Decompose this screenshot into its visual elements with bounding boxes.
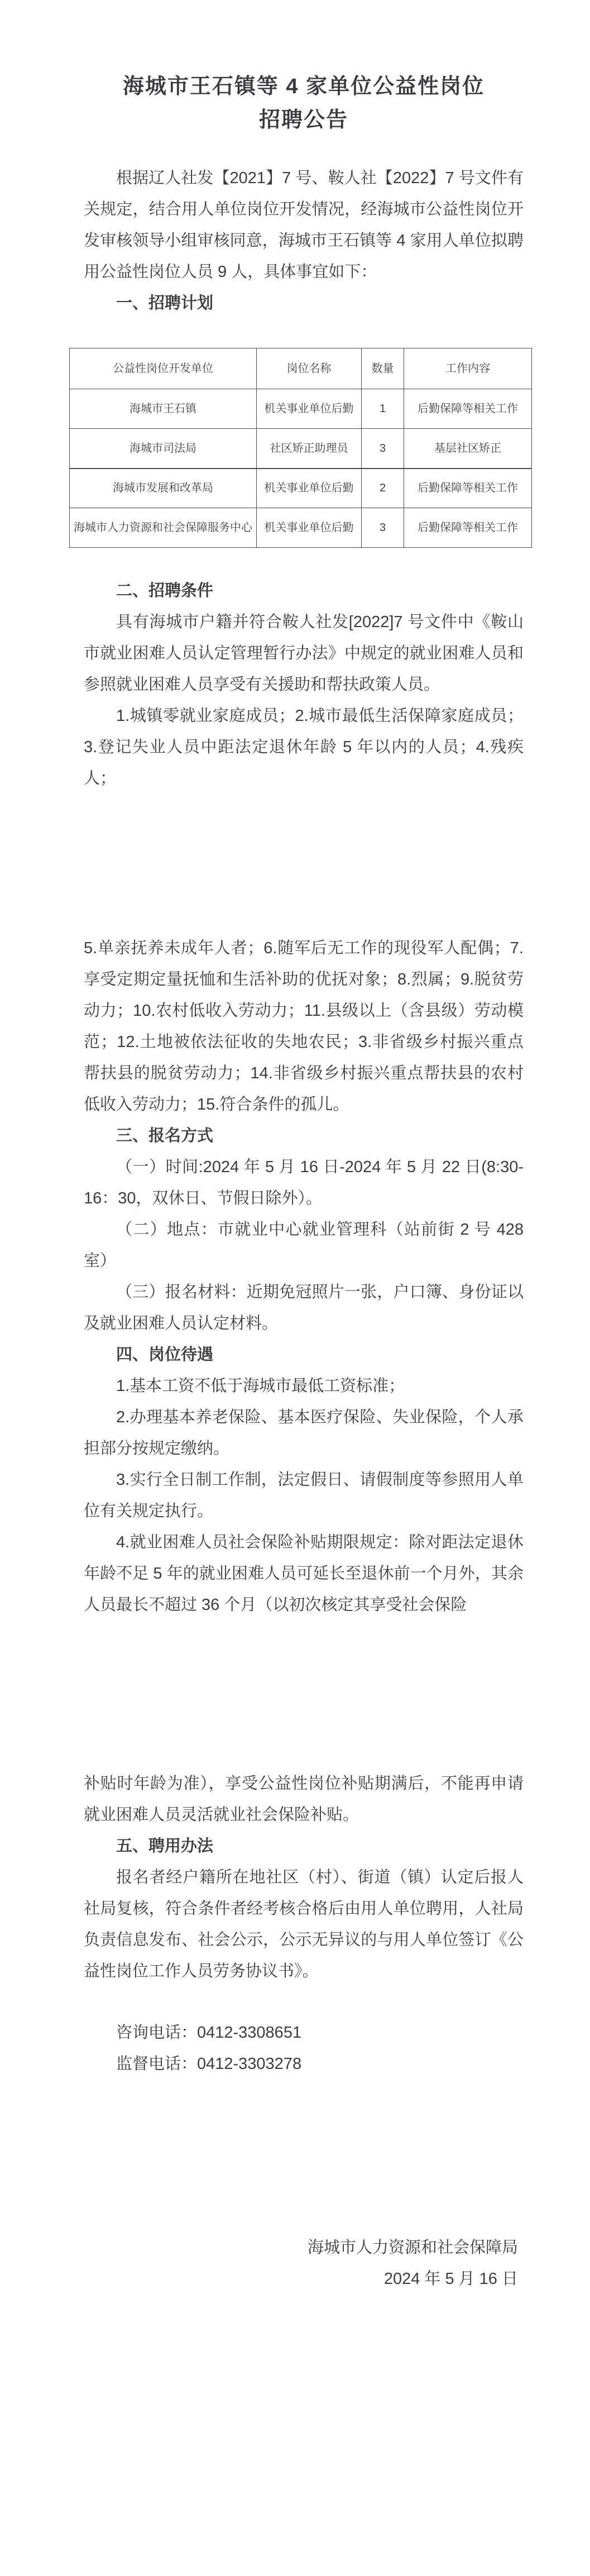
cell-count: 3 — [362, 429, 404, 469]
section4-item-4: 4.就业困难人员社会保险补贴期限规定：除对距法定退休年龄不足 5 年的就业困难人… — [84, 1527, 524, 1621]
column-header-unit: 公益性岗位开发单位 — [70, 348, 257, 389]
supervise-phone-line: 监督电话：0412-3303278 — [84, 2048, 524, 2080]
section5-paragraph-1: 报名者经户籍所在地社区（村）、街道（镇）认定后报人社局复核，符合条件者经考核合格… — [84, 1862, 524, 1987]
cell-post: 社区矫正助理员 — [257, 429, 362, 469]
page-title-line-2: 招聘公告 — [84, 103, 524, 137]
page-gap — [84, 2080, 524, 2232]
cell-duty: 后勤保障等相关工作 — [404, 469, 532, 508]
section2-heading: 二、招聘条件 — [84, 575, 524, 606]
column-header-duty: 工作内容 — [404, 348, 532, 389]
section2-paragraph-2-continued: 5.单亲抚养未成年人者；6.随军后无工作的现役军人配偶；7.享受定期定量抚恤和生… — [84, 933, 524, 1120]
cell-duty: 后勤保障等相关工作 — [404, 389, 532, 429]
section3-paragraph-1: （一）时间:2024 年 5 月 16 日-2024 年 5 月 22 日(8:… — [84, 1151, 524, 1214]
consult-phone-line: 咨询电话：0412-3308651 — [84, 2017, 524, 2048]
page-title-line-1: 海城市王石镇等 4 家单位公益性岗位 — [84, 70, 524, 103]
table-header-row: 公益性岗位开发单位 岗位名称 数量 工作内容 — [70, 348, 532, 389]
footer-issuer: 海城市人力资源和社会保障局 — [84, 2232, 524, 2263]
section4-item-4-continued: 补贴时年龄为准），享受公益性岗位补贴期满后，不能再申请就业困难人员灵活就业社会保… — [84, 1768, 524, 1831]
section4-item-1: 1.基本工资不低于海城市最低工资标准； — [84, 1370, 524, 1402]
cell-count: 3 — [362, 508, 404, 548]
recruitment-table: 公益性岗位开发单位 岗位名称 数量 工作内容 海城市王石镇 机关事业单位后勤 1… — [69, 348, 532, 548]
cell-count: 2 — [362, 469, 404, 508]
section4-item-3: 3.实行全日制工作制，法定假日、请假制度等参照用人单位有关规定执行。 — [84, 1464, 524, 1527]
page-gap — [84, 1621, 524, 1768]
cell-duty: 后勤保障等相关工作 — [404, 508, 532, 548]
cell-unit: 海城市发展和改革局 — [70, 469, 257, 508]
footer-date: 2024 年 5 月 16 日 — [84, 2263, 524, 2295]
intro-paragraph: 根据辽人社发【2021】7 号、鞍人社【2022】7 号文件有关规定，结合用人单… — [84, 163, 524, 288]
page-title: 海城市王石镇等 4 家单位公益性岗位 招聘公告 — [84, 70, 524, 137]
cell-unit: 海城市王石镇 — [70, 389, 257, 429]
cell-unit: 海城市人力资源和社会保障服务中心 — [70, 508, 257, 548]
section1-heading: 一、招聘计划 — [84, 288, 524, 319]
cell-post: 机关事业单位后勤 — [257, 508, 362, 548]
page-gap — [84, 1987, 524, 2017]
cell-count: 1 — [362, 389, 404, 429]
section3-heading: 三、报名方式 — [84, 1120, 524, 1151]
announcement-document: 海城市王石镇等 4 家单位公益性岗位 招聘公告 根据辽人社发【2021】7 号、… — [84, 70, 524, 2534]
section4-heading: 四、岗位待遇 — [84, 1339, 524, 1370]
table-row: 海城市人力资源和社会保障服务中心 机关事业单位后勤 3 后勤保障等相关工作 — [70, 508, 532, 548]
table-row: 海城市王石镇 机关事业单位后勤 1 后勤保障等相关工作 — [70, 389, 532, 429]
table-row: 海城市发展和改革局 机关事业单位后勤 2 后勤保障等相关工作 — [70, 469, 532, 508]
column-header-post: 岗位名称 — [257, 348, 362, 389]
page-bottom-margin — [84, 2295, 524, 2534]
section2-paragraph-1: 具有海城市户籍并符合鞍人社发[2022]7 号文件中《鞍山市就业困难人员认定管理… — [84, 606, 524, 700]
page-gap — [84, 794, 524, 933]
section3-paragraph-3: （三）报名材料：近期免冠照片一张，户口簿、身份证以及就业困难人员认定材料。 — [84, 1277, 524, 1339]
section3-paragraph-2: （二）地点：市就业中心就业管理科（站前街 2 号 428 室） — [84, 1214, 524, 1277]
cell-unit: 海城市司法局 — [70, 429, 257, 469]
cell-post: 机关事业单位后勤 — [257, 389, 362, 429]
section5-heading: 五、聘用办法 — [84, 1831, 524, 1862]
section4-item-2: 2.办理基本养老保险、基本医疗保险、失业保险，个人承担部分按规定缴纳。 — [84, 1402, 524, 1464]
table-row: 海城市司法局 社区矫正助理员 3 基层社区矫正 — [70, 429, 532, 469]
cell-post: 机关事业单位后勤 — [257, 469, 362, 508]
column-header-count: 数量 — [362, 348, 404, 389]
section2-paragraph-2: 1.城镇零就业家庭成员；2.城市最低生活保障家庭成员；3.登记失业人员中距法定退… — [84, 700, 524, 794]
cell-duty: 基层社区矫正 — [404, 429, 532, 469]
